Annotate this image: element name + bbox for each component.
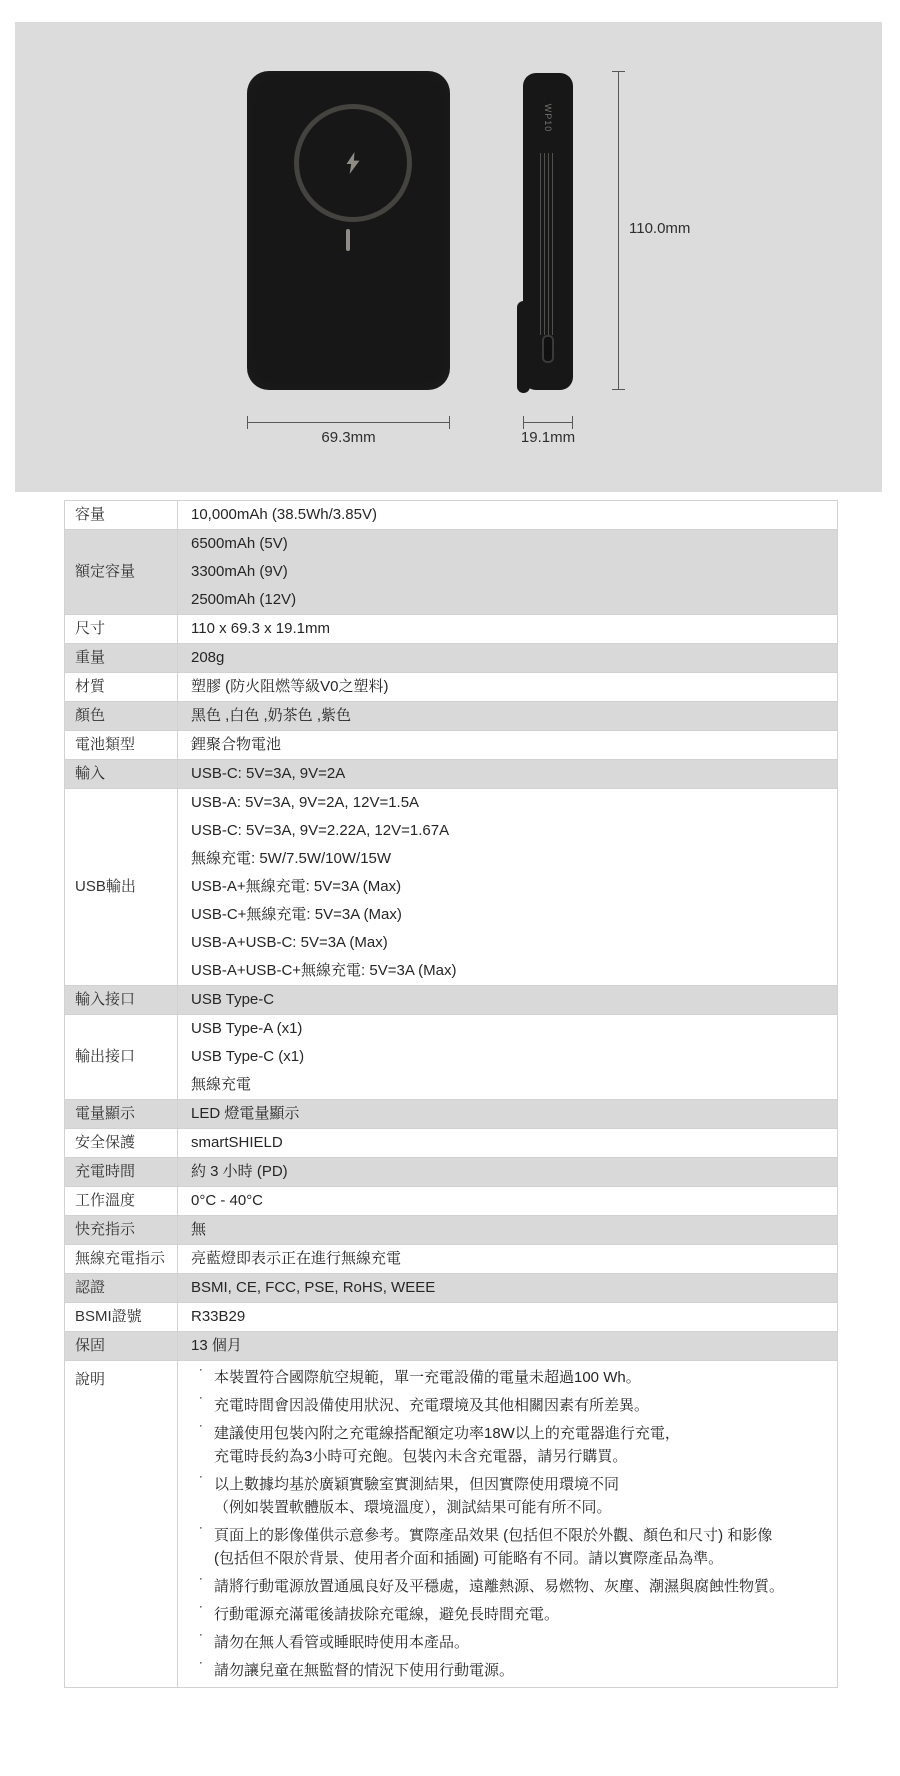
spec-label: 輸入接口 xyxy=(65,986,178,1015)
note-item: ˙頁面上的影像僅供示意參考。實際產品效果 (包括但不限於外觀、顏色和尺寸) 和影… xyxy=(191,1524,837,1570)
spec-label: 電池類型 xyxy=(65,731,178,760)
spec-label: 無線充電指示 xyxy=(65,1245,178,1274)
spec-value: smartSHIELD xyxy=(178,1129,838,1158)
note-bullet-marker: ˙ xyxy=(199,1657,204,1680)
spec-value: 10,000mAh (38.5Wh/3.85V) xyxy=(178,501,838,530)
spec-value: 塑膠 (防火阻燃等級V0之塑料) xyxy=(178,673,838,702)
spec-row: 尺寸110 x 69.3 x 19.1mm xyxy=(65,615,838,644)
spec-value: 亮藍燈即表示正在進行無線充電 xyxy=(178,1245,838,1274)
note-item: ˙以上數據均基於廣穎實驗室實測結果，但因實際使用環境不同 （例如裝置軟體版本、環… xyxy=(191,1473,837,1519)
spec-row: 充電時間約 3 小時 (PD) xyxy=(65,1158,838,1187)
regulatory-fine-print xyxy=(540,153,555,335)
spec-value: R33B29 xyxy=(178,1303,838,1332)
note-bullet-marker: ˙ xyxy=(199,1471,204,1494)
spec-value: 13 個月 xyxy=(178,1332,838,1361)
note-item: ˙請將行動電源放置通風良好及平穩處，遠離熱源、易燃物、灰塵、潮濕與腐蝕性物質。 xyxy=(191,1575,837,1598)
spec-row: USB輸出USB-A: 5V=3A, 9V=2A, 12V=1.5A USB-C… xyxy=(65,789,838,986)
product-image-banner: WP10 69.3mm 19.1mm 110.0mm xyxy=(15,22,882,492)
spec-label: 保固 xyxy=(65,1332,178,1361)
powerbank-front-view xyxy=(247,71,450,390)
spec-value: USB Type-A (x1) USB Type-C (x1) 無線充電 xyxy=(178,1015,838,1100)
note-item: ˙建議使用包裝內附之充電線搭配額定功率18W以上的充電器進行充電， 充電時長約為… xyxy=(191,1422,837,1468)
note-bullet-marker: ˙ xyxy=(199,1522,204,1545)
spec-value: 110 x 69.3 x 19.1mm xyxy=(178,615,838,644)
spec-row: 顏色黑色 ,白色 ,奶茶色 ,紫色 xyxy=(65,702,838,731)
lightning-bolt-icon xyxy=(345,152,361,174)
spec-label: 尺寸 xyxy=(65,615,178,644)
spec-table-body: 容量10,000mAh (38.5Wh/3.85V)額定容量6500mAh (5… xyxy=(65,501,838,1688)
note-text: 頁面上的影像僅供示意參考。實際產品效果 (包括但不限於外觀、顏色和尺寸) 和影像… xyxy=(214,1527,772,1567)
note-bullet-marker: ˙ xyxy=(199,1573,204,1596)
spec-row: 輸入接口USB Type-C xyxy=(65,986,838,1015)
note-text: 充電時間會因設備使用狀況、充電環境及其他相關因素有所差異。 xyxy=(214,1397,649,1414)
spec-label: 電量顯示 xyxy=(65,1100,178,1129)
spec-value: 無 xyxy=(178,1216,838,1245)
depth-dimension-line xyxy=(523,416,573,429)
note-text: 建議使用包裝內附之充電線搭配額定功率18W以上的充電器進行充電， 充電時長約為3… xyxy=(214,1425,680,1465)
note-item: ˙本裝置符合國際航空規範，單一充電設備的電量未超過100 Wh。 xyxy=(191,1366,837,1389)
spec-row: 額定容量6500mAh (5V) 3300mAh (9V) 2500mAh (1… xyxy=(65,530,838,615)
spec-row: 無線充電指示亮藍燈即表示正在進行無線充電 xyxy=(65,1245,838,1274)
model-label: WP10 xyxy=(543,104,553,133)
spec-row: 容量10,000mAh (38.5Wh/3.85V) xyxy=(65,501,838,530)
spec-label: 安全保護 xyxy=(65,1129,178,1158)
spec-label: 充電時間 xyxy=(65,1158,178,1187)
spec-label: 說明 xyxy=(65,1361,178,1688)
note-item: ˙充電時間會因設備使用狀況、充電環境及其他相關因素有所差異。 xyxy=(191,1394,837,1417)
note-item: ˙請勿讓兒童在無監督的情況下使用行動電源。 xyxy=(191,1659,837,1682)
spec-value: 6500mAh (5V) 3300mAh (9V) 2500mAh (12V) xyxy=(178,530,838,615)
spec-value: 黑色 ,白色 ,奶茶色 ,紫色 xyxy=(178,702,838,731)
spec-value: LED 燈電量顯示 xyxy=(178,1100,838,1129)
spec-row: 安全保護smartSHIELD xyxy=(65,1129,838,1158)
spec-table: 容量10,000mAh (38.5Wh/3.85V)額定容量6500mAh (5… xyxy=(64,500,838,1688)
note-bullet-marker: ˙ xyxy=(199,1392,204,1415)
note-bullet-marker: ˙ xyxy=(199,1420,204,1443)
spec-row: 保固13 個月 xyxy=(65,1332,838,1361)
depth-dimension-label: 19.1mm xyxy=(508,429,588,446)
width-dimension-label: 69.3mm xyxy=(247,429,450,446)
usbc-port xyxy=(542,335,554,363)
product-spec-page: WP10 69.3mm 19.1mm 110.0mm 容量10,000mAh (… xyxy=(0,0,900,1776)
spec-row: 輸入USB-C: 5V=3A, 9V=2A xyxy=(65,760,838,789)
spec-value: ˙本裝置符合國際航空規範，單一充電設備的電量未超過100 Wh。˙充電時間會因設… xyxy=(178,1361,838,1688)
spec-row: 輸出接口USB Type-A (x1) USB Type-C (x1) 無線充電 xyxy=(65,1015,838,1100)
spec-value: USB Type-C xyxy=(178,986,838,1015)
spec-label: 顏色 xyxy=(65,702,178,731)
spec-label: 額定容量 xyxy=(65,530,178,615)
width-dimension-line xyxy=(247,416,450,429)
spec-label: 快充指示 xyxy=(65,1216,178,1245)
spec-value: BSMI, CE, FCC, PSE, RoHS, WEEE xyxy=(178,1274,838,1303)
note-text: 請勿讓兒童在無監督的情況下使用行動電源。 xyxy=(214,1662,514,1679)
spec-label: 認證 xyxy=(65,1274,178,1303)
spec-label: USB輸出 xyxy=(65,789,178,986)
side-edge-bump xyxy=(517,301,530,393)
spec-label: BSMI證號 xyxy=(65,1303,178,1332)
spec-label: 材質 xyxy=(65,673,178,702)
spec-row: 認證BSMI, CE, FCC, PSE, RoHS, WEEE xyxy=(65,1274,838,1303)
spec-row: 材質塑膠 (防火阻燃等級V0之塑料) xyxy=(65,673,838,702)
height-dimension-label: 110.0mm xyxy=(629,220,690,237)
wireless-charging-ring xyxy=(294,104,412,222)
note-text: 請勿在無人看管或睡眠時使用本產品。 xyxy=(214,1634,469,1651)
spec-row: 電池類型鋰聚合物電池 xyxy=(65,731,838,760)
spec-value: 208g xyxy=(178,644,838,673)
note-text: 請將行動電源放置通風良好及平穩處，遠離熱源、易燃物、灰塵、潮濕與腐蝕性物質。 xyxy=(214,1578,784,1595)
note-item: ˙行動電源充滿電後請拔除充電線，避免長時間充電。 xyxy=(191,1603,837,1626)
note-bullet-marker: ˙ xyxy=(199,1629,204,1652)
spec-value: USB-C: 5V=3A, 9V=2A xyxy=(178,760,838,789)
powerbank-side-view: WP10 xyxy=(523,73,573,390)
spec-label: 輸入 xyxy=(65,760,178,789)
spec-label: 工作溫度 xyxy=(65,1187,178,1216)
spec-row: BSMI證號R33B29 xyxy=(65,1303,838,1332)
spec-value: 0°C - 40°C xyxy=(178,1187,838,1216)
spec-label: 重量 xyxy=(65,644,178,673)
spec-row: 電量顯示LED 燈電量顯示 xyxy=(65,1100,838,1129)
spec-label: 容量 xyxy=(65,501,178,530)
note-text: 本裝置符合國際航空規範，單一充電設備的電量未超過100 Wh。 xyxy=(214,1369,641,1386)
spec-row: 工作溫度0°C - 40°C xyxy=(65,1187,838,1216)
note-item: ˙請勿在無人看管或睡眠時使用本產品。 xyxy=(191,1631,837,1654)
note-bullet-marker: ˙ xyxy=(199,1364,204,1387)
note-text: 以上數據均基於廣穎實驗室實測結果，但因實際使用環境不同 （例如裝置軟體版本、環境… xyxy=(214,1476,619,1516)
note-text: 行動電源充滿電後請拔除充電線，避免長時間充電。 xyxy=(214,1606,559,1623)
spec-value: 鋰聚合物電池 xyxy=(178,731,838,760)
led-indicator-line xyxy=(346,229,350,251)
note-bullet-marker: ˙ xyxy=(199,1601,204,1624)
spec-row: 重量208g xyxy=(65,644,838,673)
spec-value: USB-A: 5V=3A, 9V=2A, 12V=1.5A USB-C: 5V=… xyxy=(178,789,838,986)
spec-value: 約 3 小時 (PD) xyxy=(178,1158,838,1187)
spec-row: 快充指示無 xyxy=(65,1216,838,1245)
spec-row: 說明˙本裝置符合國際航空規範，單一充電設備的電量未超過100 Wh。˙充電時間會… xyxy=(65,1361,838,1688)
height-dimension-line xyxy=(612,71,625,390)
spec-label: 輸出接口 xyxy=(65,1015,178,1100)
